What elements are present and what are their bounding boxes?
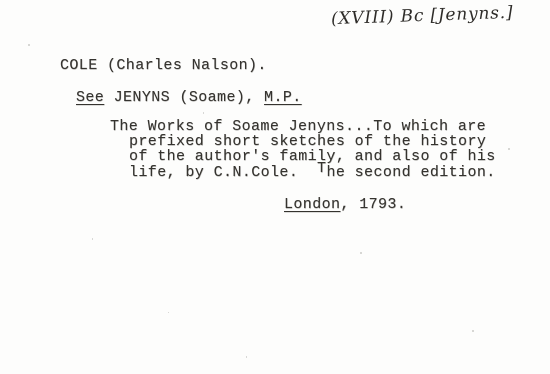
description-line-2: prefixed short sketches of the history	[129, 134, 496, 149]
description-line-4-start: life, by C.N.Cole.	[129, 164, 317, 181]
scan-speck	[203, 112, 204, 114]
imprint-line: London, 1793.	[284, 197, 406, 212]
scan-speck	[472, 330, 474, 332]
scan-speck	[246, 356, 247, 358]
description-line-3: of the author's family, and also of his	[129, 149, 496, 164]
description-line-4-end: he second edition.	[326, 164, 495, 181]
scan-speck	[28, 44, 30, 46]
description-line-1: The Works of Soame Jenyns...To which are	[110, 119, 496, 134]
scan-speck	[168, 312, 169, 313]
author-heading: COLE (Charles Nalson).	[60, 58, 267, 73]
scan-speck	[360, 252, 362, 254]
see-reference: See JENYNS (Soame), M.P.	[76, 90, 302, 105]
imprint-date: , 1793.	[340, 196, 406, 213]
scan-speck	[508, 148, 510, 150]
scan-speck	[92, 238, 93, 240]
description-line-4-raised-letter: T	[317, 160, 326, 177]
see-label: See	[76, 89, 104, 106]
title-description: The Works of Soame Jenyns...To which are…	[110, 119, 496, 180]
description-line-4: life, by C.N.Cole. The second edition.	[129, 165, 496, 180]
handwritten-shelfmark: (XVIII) Bc [Jenyns.]	[331, 3, 514, 29]
see-reference-name: JENYNS (Soame),	[104, 89, 264, 106]
imprint-place: London	[284, 196, 340, 213]
see-reference-target: M.P.	[264, 89, 302, 106]
catalog-card: (XVIII) Bc [Jenyns.] COLE (Charles Nalso…	[0, 0, 550, 374]
